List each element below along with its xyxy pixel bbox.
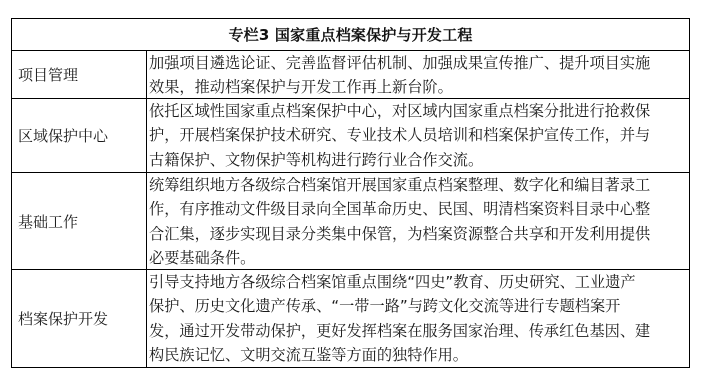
project-table: 专栏3 国家重点档案保护与开发工程 项目管理 加强项目遴选论证、完善监督评估机制… bbox=[11, 18, 690, 368]
table-row-archive-development: 档案保护开发 引导支持地方各级综合档案馆重点围绕“四史”教育、历史研究、工业遗产… bbox=[12, 270, 689, 367]
content-line: 保护、历史文化遗产传承、“一带一路”与跨文化交流等进行专题档案开 bbox=[149, 294, 689, 318]
row-content: 加强项目遴选论证、完善监督评估机制、加强成果宣传推广、提升项目实施 效果，推动档… bbox=[147, 51, 689, 98]
content-line: 合汇集，逐步实现目录分类集中保管，为档案资源整合共享和开发利用提供 bbox=[149, 222, 689, 246]
content-line: 构民族记忆、文明交流互鉴等方面的独特作用。 bbox=[149, 343, 689, 367]
row-label: 档案保护开发 bbox=[12, 270, 147, 367]
table-row-project-management: 项目管理 加强项目遴选论证、完善监督评估机制、加强成果宣传推广、提升项目实施 效… bbox=[12, 51, 689, 99]
row-content: 依托区域性国家重点档案保护中心，对区域内国家重点档案分批进行抢救保 护，开展档案… bbox=[147, 99, 689, 172]
table-row-regional-center: 区域保护中心 依托区域性国家重点档案保护中心，对区域内国家重点档案分批进行抢救保… bbox=[12, 99, 689, 173]
row-label: 项目管理 bbox=[12, 51, 147, 98]
row-label: 区域保护中心 bbox=[12, 99, 147, 172]
table-row-basic-work: 基础工作 统筹组织地方各级综合档案馆开展国家重点档案整理、数字化和编目著录工 作… bbox=[12, 173, 689, 270]
row-label: 基础工作 bbox=[12, 173, 147, 269]
content-line: 效果，推动档案保护与开发工作再上新台阶。 bbox=[149, 75, 689, 99]
content-line: 加强项目遴选论证、完善监督评估机制、加强成果宣传推广、提升项目实施 bbox=[149, 51, 689, 75]
row-content: 统筹组织地方各级综合档案馆开展国家重点档案整理、数字化和编目著录工 作，有序推动… bbox=[147, 173, 689, 269]
table-title: 专栏3 国家重点档案保护与开发工程 bbox=[12, 19, 689, 51]
content-line: 作，有序推动文件级目录向全国革命历史、民国、明清档案资料目录中心整 bbox=[149, 197, 689, 221]
content-line: 统筹组织地方各级综合档案馆开展国家重点档案整理、数字化和编目著录工 bbox=[149, 173, 689, 197]
content-line: 必要基础条件。 bbox=[149, 246, 689, 270]
content-line: 依托区域性国家重点档案保护中心，对区域内国家重点档案分批进行抢救保 bbox=[149, 99, 689, 123]
row-content: 引导支持地方各级综合档案馆重点围绕“四史”教育、历史研究、工业遗产 保护、历史文… bbox=[147, 270, 689, 367]
content-line: 护，开展档案保护技术研究、专业技术人员培训和档案保护宣传工作，并与 bbox=[149, 123, 689, 147]
content-line: 引导支持地方各级综合档案馆重点围绕“四史”教育、历史研究、工业遗产 bbox=[149, 270, 689, 294]
content-line: 古籍保护、文物保护等机构进行跨行业合作交流。 bbox=[149, 148, 689, 172]
content-line: 发，通过开发带动保护，更好发挥档案在服务国家治理、传承红色基因、建 bbox=[149, 319, 689, 343]
